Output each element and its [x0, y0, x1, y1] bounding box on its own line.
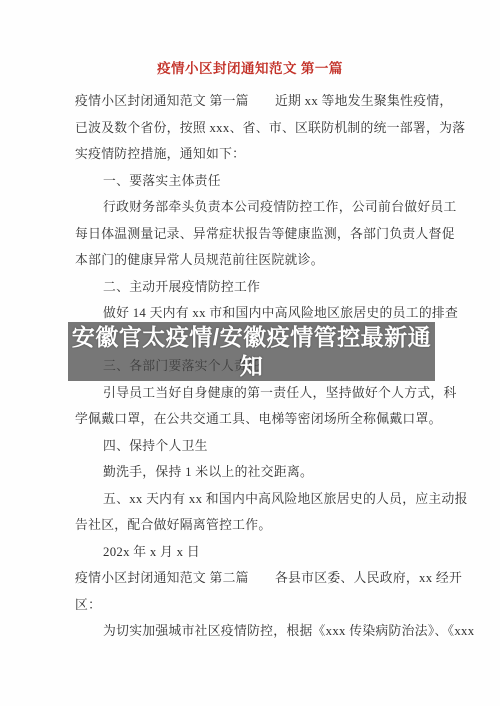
watermark-banner-line2: 知	[240, 352, 264, 381]
document-title: 疫情小区封闭通知范文 第一篇	[0, 57, 500, 81]
doc-line: 五、xx 天内有 xx 和国内中高风险地区旅居史的人员，应主动报	[0, 486, 500, 513]
doc-line: 引导员工当好自身健康的第一责任人，坚持做好个人方式，科	[0, 380, 500, 407]
doc-line: 行政财务部牵头负责本公司疫情防控工作，公司前台做好员工	[0, 194, 500, 221]
doc-line: 202x 年 x 月 x 日	[0, 539, 500, 566]
doc-line: 为切实加强城市社区疫情防控，根据《xxx 传染病防治法》、《xxx	[0, 618, 500, 645]
doc-line: 勤洗手，保持 1 米以上的社交距离。	[0, 459, 500, 486]
doc-line: 告社区，配合做好隔离管控工作。	[0, 512, 500, 539]
doc-line: 疫情小区封闭通知范文 第二篇 各县市区委、人民政府，xx 经开	[0, 565, 500, 592]
watermark-banner: 安徽官太疫情/安徽疫情管控最新通 知	[68, 322, 435, 381]
watermark-banner-line1: 安徽官太疫情/安徽疫情管控最新通	[72, 323, 431, 352]
doc-line: 实疫情防控措施，通知如下：	[0, 141, 500, 168]
doc-line: 本部门的健康异常人员规范前往医院就诊。	[0, 247, 500, 274]
doc-line: 区：	[0, 592, 500, 619]
doc-line: 一、要落实主体责任	[0, 168, 500, 195]
doc-line: 二、主动开展疫情防控工作	[0, 274, 500, 301]
doc-line: 已波及数个省份，按照 xxx、省、市、区联防机制的统一部署，为落	[0, 115, 500, 142]
doc-line: 每日体温测量记录、异常症状报告等健康监测，各部门负责人督促	[0, 221, 500, 248]
doc-line: 四、保持个人卫生	[0, 433, 500, 460]
document-page: 疫情小区封闭通知范文 第一篇 疫情小区封闭通知范文 第一篇 近期 xx 等地发生…	[0, 0, 500, 706]
doc-line: 疫情小区封闭通知范文 第一篇 近期 xx 等地发生聚集性疫情，	[0, 88, 500, 115]
doc-line: 学佩戴口罩，在公共交通工具、电梯等密闭场所全称佩戴口罩。	[0, 406, 500, 433]
